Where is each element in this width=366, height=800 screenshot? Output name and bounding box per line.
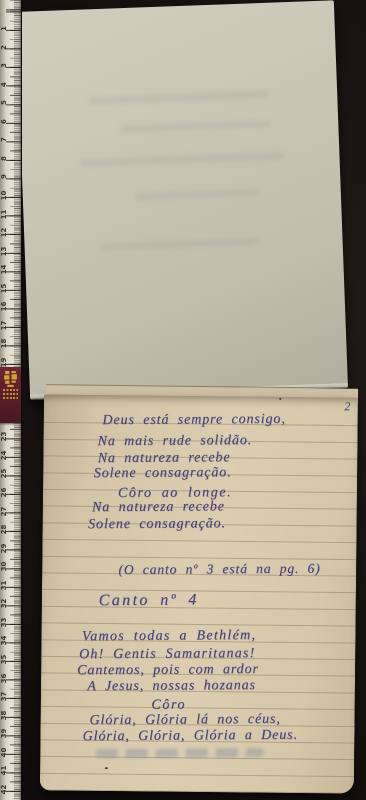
handwritten-note-line: (O canto nº 3 está na pg. 6) bbox=[118, 561, 320, 578]
sticker-text-row bbox=[3, 397, 18, 399]
showthrough-smudge bbox=[79, 152, 284, 167]
ruler-number: 38 bbox=[1, 709, 8, 722]
sticker-emblem-icon bbox=[3, 371, 18, 387]
ruler-number: 23 bbox=[1, 430, 8, 443]
ink-speck bbox=[105, 767, 108, 769]
ruler-number: 33 bbox=[1, 616, 8, 629]
ruler-number: 27 bbox=[1, 505, 8, 518]
ruler-number: 31 bbox=[1, 579, 8, 592]
cover-page bbox=[16, 0, 348, 399]
ruler-number: 35 bbox=[1, 653, 8, 666]
ruler-number: 12 bbox=[1, 226, 8, 239]
ruler-number: 5 bbox=[1, 96, 8, 109]
handwritten-line: Oh! Gentis Samaritanas! bbox=[79, 646, 255, 663]
ruler-number: 3 bbox=[1, 59, 8, 72]
ruler-number: 25 bbox=[1, 467, 8, 480]
ruler: 1234567891011121314151617181920212223242… bbox=[0, 0, 22, 800]
ruler-sticker bbox=[0, 367, 21, 423]
handwritten-line: Solene consagração. bbox=[88, 516, 226, 533]
ruler-number: 7 bbox=[1, 133, 8, 146]
handwritten-line: A Jesus, nossas hozanas bbox=[87, 678, 256, 695]
showthrough-smudge bbox=[120, 121, 270, 132]
erased-pencil-line bbox=[96, 748, 264, 758]
handwritten-line: Vamos todas a Bethlém, bbox=[82, 628, 256, 645]
handwritten-line: Solene consagração. bbox=[94, 465, 232, 482]
ruler-number: 9 bbox=[1, 170, 8, 183]
ruler-number: 39 bbox=[1, 727, 8, 740]
ruler-number: 16 bbox=[1, 300, 8, 313]
ruler-number: 40 bbox=[1, 746, 8, 759]
sticker-text-row bbox=[3, 393, 18, 395]
ruler-number: 2 bbox=[1, 41, 8, 54]
ruler-number: 30 bbox=[1, 560, 8, 573]
handwritten-line: Côro bbox=[151, 698, 186, 714]
ruler-number: 10 bbox=[1, 189, 8, 202]
showthrough-smudge bbox=[89, 91, 269, 105]
showthrough-smudge bbox=[100, 238, 260, 250]
ruler-number: 15 bbox=[1, 282, 8, 295]
ruler-number: 18 bbox=[1, 337, 8, 350]
handwriting-layer: 2 Deus está sempre consigo, Na mais rude… bbox=[41, 394, 358, 792]
ruler-number: 8 bbox=[1, 152, 8, 165]
handwritten-line: Na natureza recebe bbox=[92, 499, 225, 516]
showthrough-smudge bbox=[135, 189, 260, 200]
ruler-number: 1 bbox=[1, 22, 8, 35]
ruler-number: 14 bbox=[1, 263, 8, 276]
ruler-number: 6 bbox=[1, 115, 8, 128]
ruler-number: 26 bbox=[1, 486, 8, 499]
handwritten-line: Cantemos, pois com ardor bbox=[77, 662, 259, 679]
handwritten-line: Glória, Glória, Glória a Deus. bbox=[83, 728, 298, 746]
ruler-number: 17 bbox=[1, 319, 8, 332]
ruler-number: 28 bbox=[1, 523, 8, 536]
handwritten-line: Glória, Glória lá nos céus, bbox=[89, 712, 280, 729]
page-number: 2 bbox=[344, 399, 350, 414]
ruler-number: 42 bbox=[1, 783, 8, 796]
ruler-number: 41 bbox=[1, 764, 8, 777]
handwritten-heading: Canto nº 4 bbox=[99, 591, 199, 610]
handwritten-line: Na mais rude solidão. bbox=[98, 433, 253, 450]
handwritten-line: Deus está sempre consigo, bbox=[102, 412, 285, 429]
sticker-text-row bbox=[3, 389, 18, 391]
ink-speck bbox=[279, 398, 281, 400]
ruler-number: 13 bbox=[1, 245, 8, 258]
ruler-number: 36 bbox=[1, 672, 8, 685]
ruler-number: 11 bbox=[1, 208, 8, 221]
ruler-number: 32 bbox=[1, 597, 8, 610]
photo-scene: 2 Deus está sempre consigo, Na mais rude… bbox=[0, 0, 366, 800]
ruler-number: 37 bbox=[1, 690, 8, 703]
ruler-number: 24 bbox=[1, 449, 8, 462]
ruler-number: 34 bbox=[1, 634, 8, 647]
ruler-number: 29 bbox=[1, 542, 8, 555]
ruler-number: 4 bbox=[1, 78, 8, 91]
notebook-page: 2 Deus está sempre consigo, Na mais rude… bbox=[40, 394, 358, 793]
